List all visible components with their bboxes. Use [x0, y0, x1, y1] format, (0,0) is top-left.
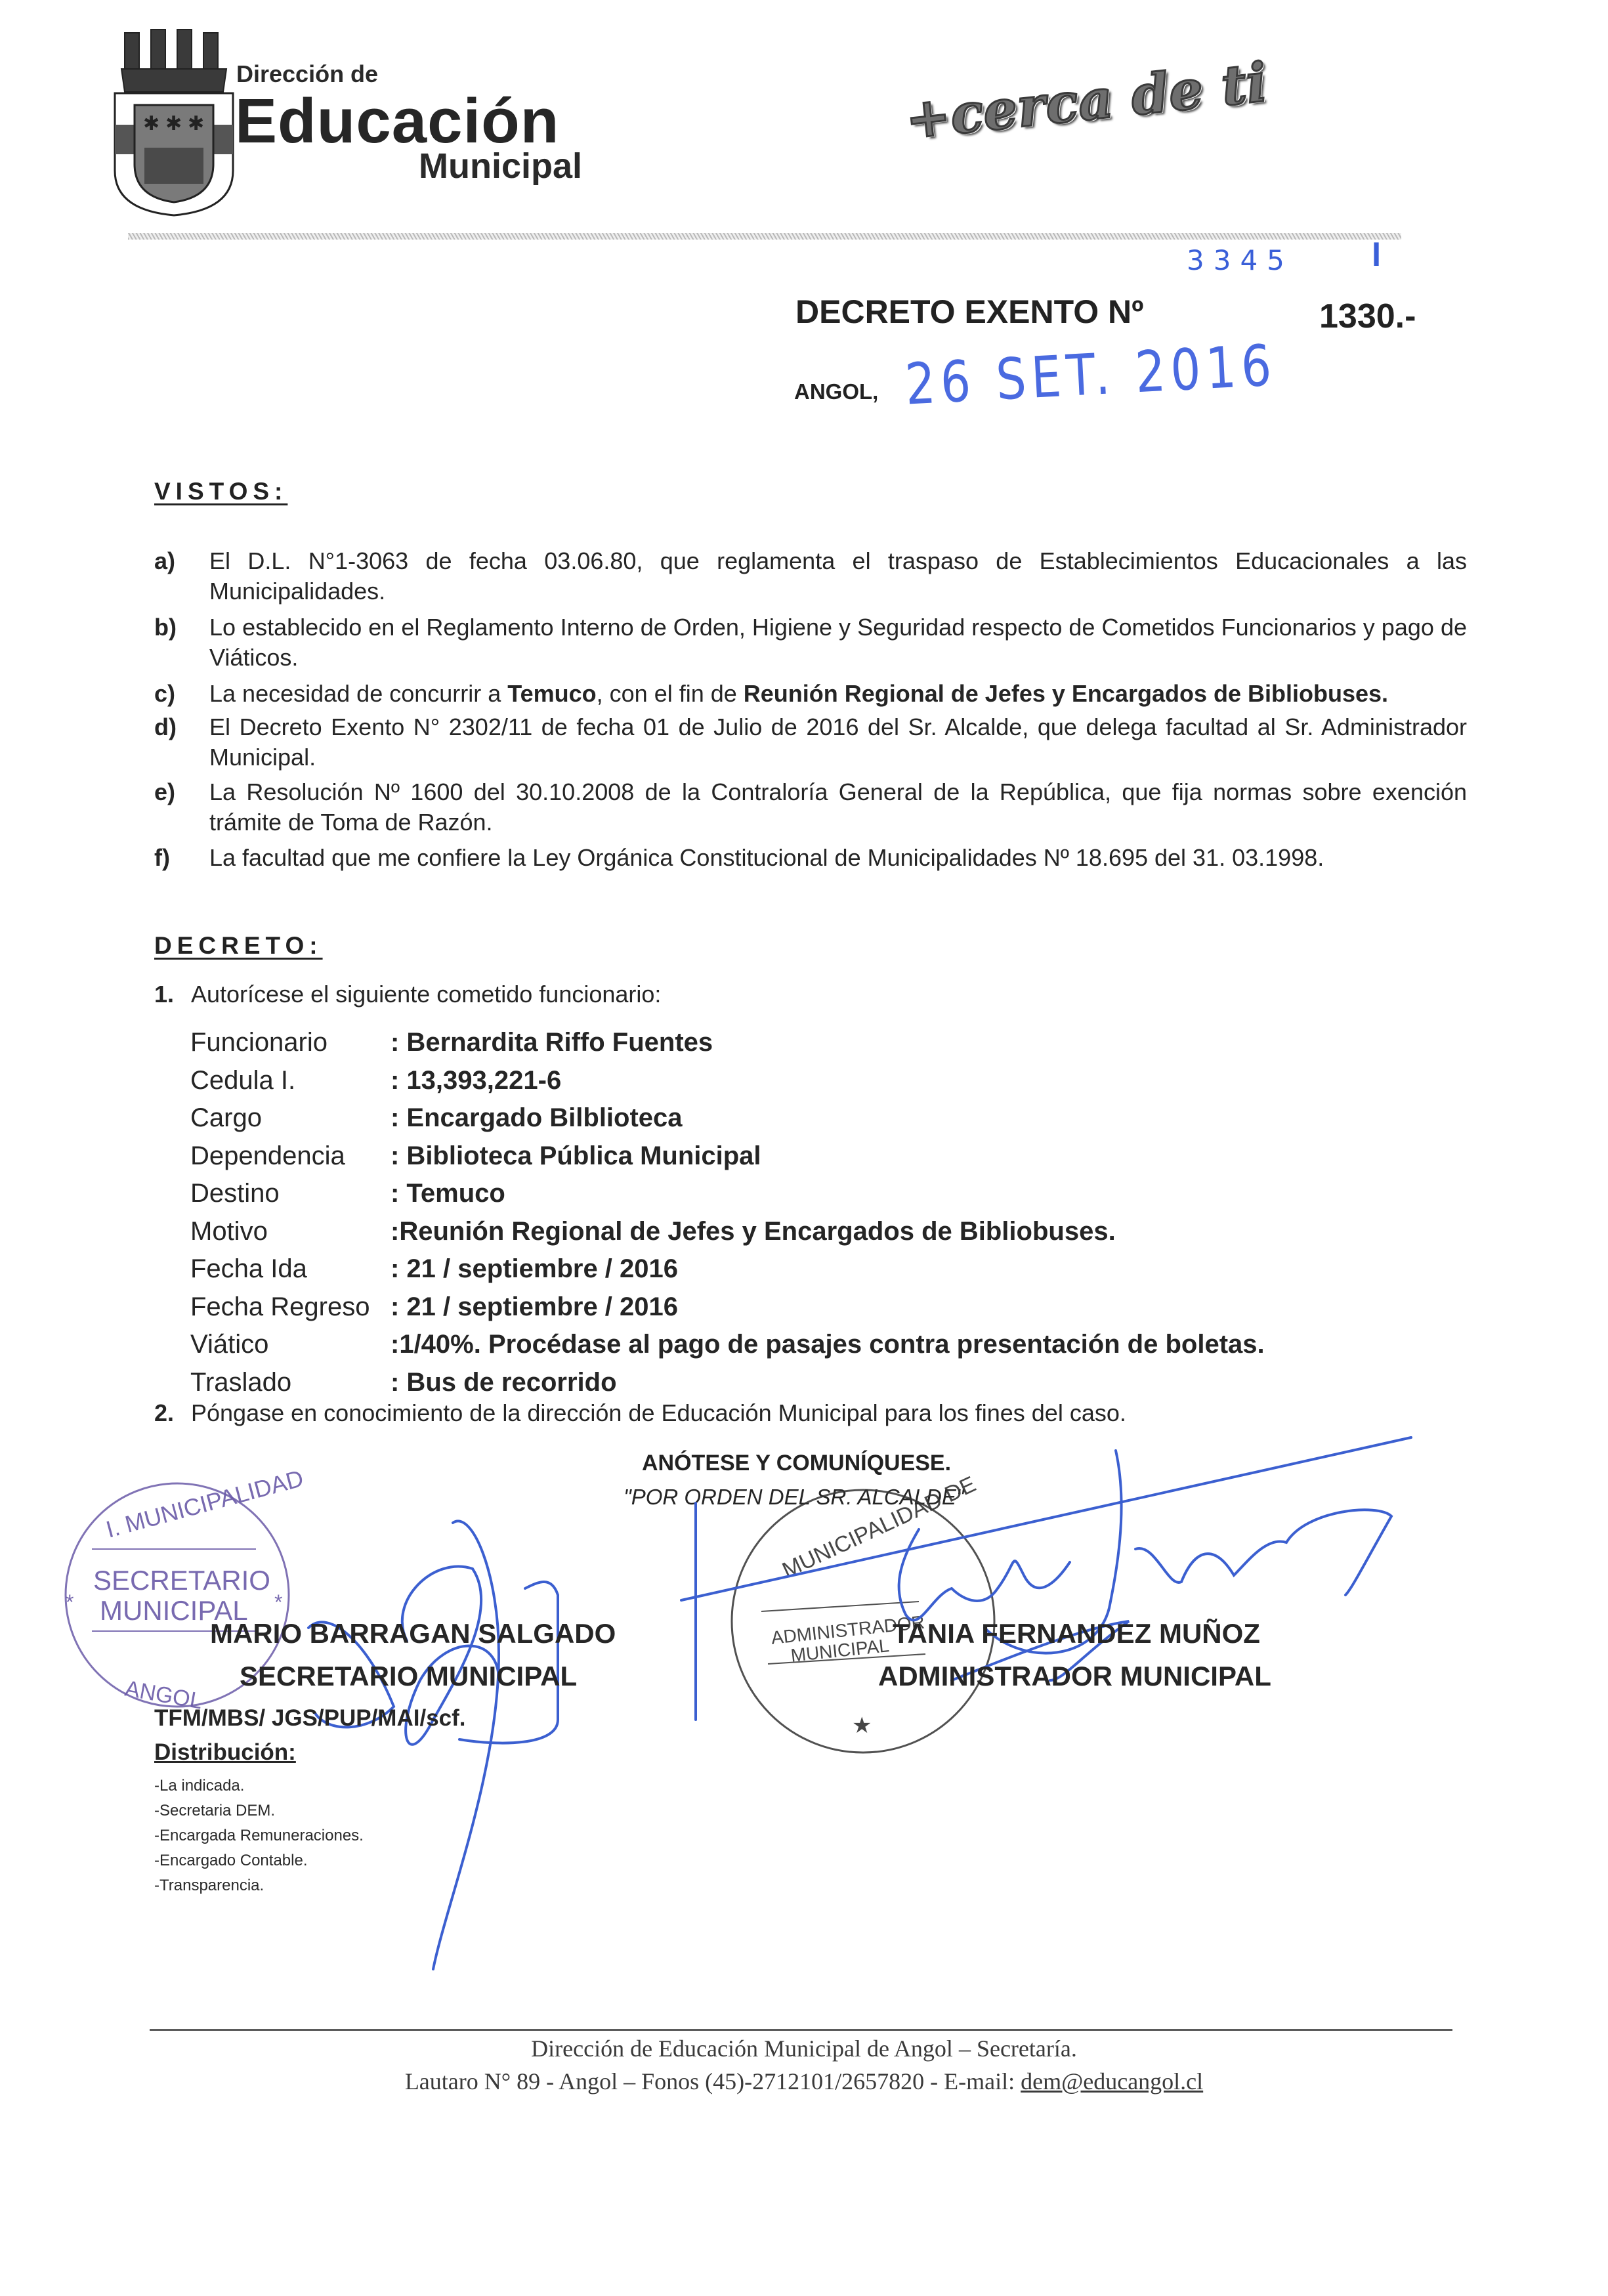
visto-letter: b) — [154, 612, 209, 673]
visto-text: La necesidad de concurrir a Temuco, con … — [209, 679, 1467, 709]
visto-item-f: f) La facultad que me confiere la Ley Or… — [154, 843, 1467, 873]
field-label: Funcionario — [190, 1028, 391, 1057]
field-label: Traslado — [190, 1368, 391, 1397]
coat-of-arms-icon: ✱✱✱ — [112, 20, 236, 217]
field-label: Fecha Regreso — [190, 1292, 391, 1322]
distribution-item: -Transparencia. — [154, 1873, 364, 1898]
item-number: 2. — [154, 1399, 191, 1427]
visto-letter: e) — [154, 777, 209, 838]
secretary-name: MARIO BARRAGAN SALGADO — [210, 1618, 616, 1649]
distribution-list: -La indicada. -Secretaria DEM. -Encargad… — [154, 1774, 364, 1898]
distribution-item: -Encargado Contable. — [154, 1848, 364, 1873]
svg-text:MUNICIPAL: MUNICIPAL — [790, 1635, 890, 1666]
svg-text:*: * — [66, 1590, 74, 1614]
vistos-heading: VISTOS: — [154, 478, 287, 505]
svg-text:SECRETARIO: SECRETARIO — [93, 1565, 270, 1596]
decree-field-row: Fecha Regreso: 21 / septiembre / 2016 — [190, 1292, 678, 1330]
field-label: Dependencia — [190, 1141, 391, 1171]
header-separator — [128, 233, 1401, 240]
distribution-item: -La indicada. — [154, 1774, 364, 1798]
administrator-title: ADMINISTRADOR MUNICIPAL — [878, 1661, 1271, 1692]
by-order-of-mayor: "POR ORDEN DEL SR. ALCALDE" — [624, 1485, 964, 1510]
decree-field-row: Cargo: Encargado Bilblioteca — [190, 1103, 683, 1141]
item-text: Póngase en conocimiento de la dirección … — [191, 1399, 1126, 1427]
place-label: ANGOL, — [794, 379, 878, 404]
distribution-item: -Encargada Remuneraciones. — [154, 1823, 364, 1848]
decree-number: 1330.- — [1319, 297, 1416, 336]
visto-text: La facultad que me confiere la Ley Orgán… — [209, 843, 1467, 873]
decree-field-row: Cedula I.: 13,393,221-6 — [190, 1066, 561, 1103]
visto-letter: c) — [154, 679, 209, 709]
decreto-heading: DECRETO: — [154, 932, 323, 960]
email-link[interactable]: dem@educangol.cl — [1021, 2068, 1203, 2094]
field-label: Destino — [190, 1179, 391, 1208]
decree-field-row: Viático:1/40%. Procédase al pago de pasa… — [190, 1330, 1265, 1367]
item-text: Autorícese el siguiente cometido funcion… — [191, 981, 661, 1008]
field-value: :1/40%. Procédase al pago de pasajes con… — [391, 1330, 1265, 1359]
registry-number-stamp: 3345 — [1187, 244, 1294, 276]
svg-text:I. MUNICIPALIDAD: I. MUNICIPALIDAD — [103, 1464, 306, 1543]
handwritten-signature-icon — [308, 1437, 1411, 1969]
slogan: +cerca de ti — [902, 51, 1270, 151]
field-label: Fecha Ida — [190, 1254, 391, 1284]
svg-text:*: * — [274, 1590, 282, 1614]
footer-contact: Lautaro N° 89 - Angol – Fonos (45)-27121… — [0, 2068, 1608, 2095]
field-value: : 21 / septiembre / 2016 — [391, 1292, 678, 1322]
secretary-title: SECRETARIO MUNICIPAL — [240, 1661, 577, 1692]
footer-address: Lautaro N° 89 - Angol – Fonos (45)-27121… — [405, 2068, 1021, 2094]
visto-item-b: b) Lo establecido en el Reglamento Inter… — [154, 612, 1467, 673]
svg-text:★: ★ — [852, 1713, 872, 1738]
footer-divider — [150, 2029, 1452, 2031]
visto-text: El D.L. N°1-3063 de fecha 03.06.80, que … — [209, 546, 1467, 606]
field-value: : Bus de recorrido — [391, 1368, 617, 1397]
decreto-item-2: 2. Póngase en conocimiento de la direcci… — [154, 1399, 1126, 1427]
registry-mark-stamp: ꟾ — [1372, 243, 1381, 272]
logo-line-3: Municipal — [419, 146, 582, 186]
visto-letter: a) — [154, 546, 209, 606]
field-label: Cedula I. — [190, 1066, 391, 1095]
svg-text:✱: ✱ — [165, 113, 182, 135]
reference-initials: TFM/MBS/ JGS/PUP/MAI/scf. — [154, 1705, 466, 1732]
distribution-item: -Secretaria DEM. — [154, 1798, 364, 1823]
field-value: : Temuco — [391, 1179, 505, 1208]
field-value: : 21 / septiembre / 2016 — [391, 1254, 678, 1284]
decree-field-row: Dependencia: Biblioteca Pública Municipa… — [190, 1141, 761, 1179]
visto-text: El Decreto Exento N° 2302/11 de fecha 01… — [209, 712, 1467, 773]
field-label: Viático — [190, 1330, 391, 1359]
decree-field-row: Fecha Ida: 21 / septiembre / 2016 — [190, 1254, 678, 1292]
item-number: 1. — [154, 981, 191, 1008]
footer-office: Dirección de Educación Municipal de Ango… — [0, 2035, 1608, 2062]
visto-text: Lo establecido en el Reglamento Interno … — [209, 612, 1467, 673]
field-value: : Biblioteca Pública Municipal — [391, 1141, 761, 1171]
decree-field-row: Funcionario: Bernardita Riffo Fuentes — [190, 1028, 713, 1065]
visto-text: La Resolución Nº 1600 del 30.10.2008 de … — [209, 777, 1467, 838]
visto-letter: d) — [154, 712, 209, 773]
visto-item-e: e) La Resolución Nº 1600 del 30.10.2008 … — [154, 777, 1467, 838]
visto-item-d: d) El Decreto Exento N° 2302/11 de fecha… — [154, 712, 1467, 773]
decreto-item-1: 1. Autorícese el siguiente cometido func… — [154, 981, 661, 1008]
field-label: Motivo — [190, 1217, 391, 1246]
field-value: :Reunión Regional de Jefes y Encargados … — [391, 1217, 1116, 1246]
decree-title: DECRETO EXENTO Nº — [795, 293, 1143, 331]
visto-item-c: c) La necesidad de concurrir a Temuco, c… — [154, 679, 1467, 709]
date-stamp: 26 SET. 2016 — [904, 332, 1279, 417]
svg-text:✱: ✱ — [143, 113, 159, 135]
svg-text:✱: ✱ — [188, 113, 204, 135]
visto-item-a: a) El D.L. N°1-3063 de fecha 03.06.80, q… — [154, 546, 1467, 606]
field-value: : Encargado Bilblioteca — [391, 1103, 683, 1133]
distribution-heading: Distribución: — [154, 1739, 296, 1766]
decree-field-row: Motivo:Reunión Regional de Jefes y Encar… — [190, 1217, 1116, 1254]
logo-line-1: Dirección de — [236, 60, 378, 88]
administrator-name: TANIA FERNANDEZ MUÑOZ — [893, 1618, 1260, 1649]
field-label: Cargo — [190, 1103, 391, 1133]
decree-field-row: Destino: Temuco — [190, 1179, 505, 1216]
field-value: : Bernardita Riffo Fuentes — [391, 1028, 713, 1057]
closing-formula: ANÓTESE Y COMUNÍQUESE. — [642, 1451, 951, 1476]
visto-letter: f) — [154, 843, 209, 873]
field-value: : 13,393,221-6 — [391, 1066, 561, 1095]
